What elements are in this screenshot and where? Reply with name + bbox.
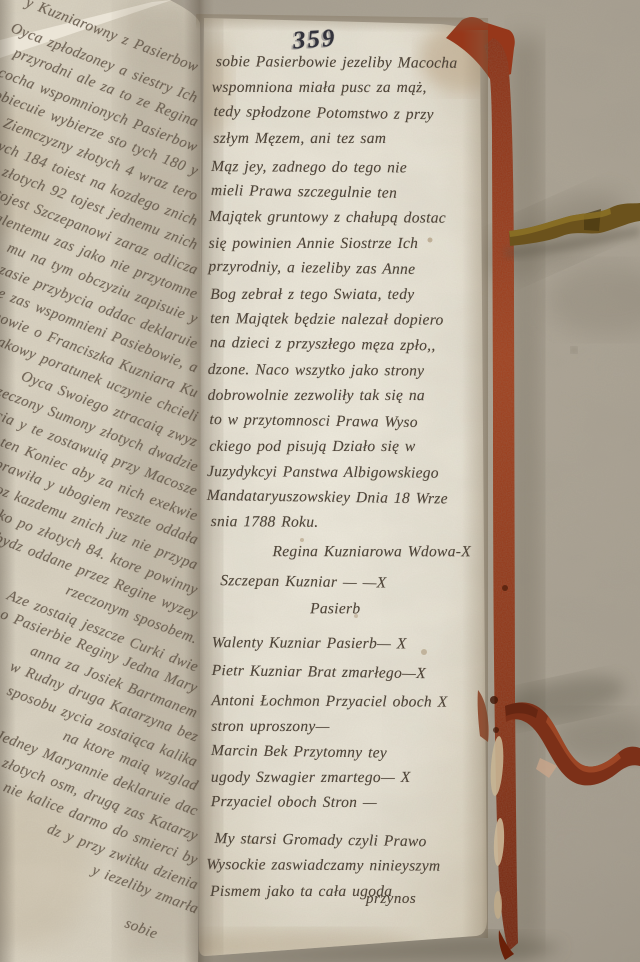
manuscript-line: Majątek gruntowy z chałupą dostac [209, 204, 487, 231]
manuscript-line: wspomniona miała pusc za mąż, [212, 75, 488, 101]
manuscript-line: stron uproszony— [211, 714, 483, 740]
manuscript-line: Walenty Kuzniar Pasierb— X [212, 630, 484, 657]
manuscript-line: Bog zebrał z tego Swiata, tedy [210, 282, 486, 308]
manuscript-line: szłym Męzem, ani tez sam [213, 126, 487, 152]
manuscript-line: Pasierb [310, 596, 484, 622]
manuscript-line: Juzydykcyi Panstwa Albigowskiego [207, 459, 485, 486]
manuscript-line: Wysockie zaswiadczamy ninieyszym [206, 852, 482, 879]
manuscript-line: na dzieci z przyszłego męza zpło,, [210, 330, 486, 359]
manuscript-line: ten Majątek będzie nalezał dopiero [210, 306, 486, 333]
manuscript-line: to w przytomnosci Prawa Wyso [209, 407, 485, 436]
manuscript-line: Marcin Bek Przytomny tey [211, 738, 483, 767]
manuscript-line: Pismem jako ta cała ugoda [210, 878, 482, 904]
manuscript-line: mieli Prawa szczegulnie ten [211, 178, 487, 207]
manuscript-line: Szczepan Kuzniar — —X [220, 568, 484, 597]
manuscript-line: dobrowolnie zezwoliły tak się na [208, 383, 486, 409]
manuscript-line: Mąz jey, zadnego do tego nie [211, 154, 487, 181]
manuscript-line: tedy spłodzone Potomstwo z przy [213, 99, 487, 128]
verso-text: y Kuzniarowny z PasierbowOyca zpłodzoney… [0, 0, 203, 962]
manuscript-line: Pietr Kuzniar Brat zmarłego—X [211, 658, 483, 687]
manuscript-photo: y Kuzniarowny z PasierbowOyca zpłodzoney… [0, 0, 640, 962]
catchword: przynos [366, 891, 416, 908]
manuscript-line: Przyaciel oboch Stron — [211, 789, 483, 816]
manuscript-line: Regina Kuzniarowa Wdowa-X [272, 539, 484, 565]
manuscript-line: dzone. Naco wszytko jako strony [208, 357, 486, 384]
manuscript-line: sobie [123, 915, 161, 943]
manuscript-line: sobie Pasierbowie jezeliby Macocha [216, 49, 488, 76]
manuscript-line: ugody Szwagier zmartego— X [211, 765, 483, 791]
manuscript-line: ckiego pod pisują Działo się w [209, 434, 485, 460]
manuscript-line: snia 1788 Roku. [211, 509, 485, 536]
manuscript-line: My starsi Gromady czyli Prawo [214, 826, 482, 855]
manuscript-line: Mandataryuszowskiey Dnia 18 Wrze [207, 483, 485, 513]
recto-text: sobie Pasierbowie jezeliby Macochawspomn… [204, 49, 488, 905]
page-number: 359 [292, 25, 337, 56]
manuscript-line: przyrodniy, a iezeliby zas Anne [208, 254, 486, 284]
manuscript-line: Antoni Łochmon Przyaciel oboch X [211, 688, 483, 715]
manuscript-line: się powinien Annie Siostrze Ich [209, 231, 487, 257]
